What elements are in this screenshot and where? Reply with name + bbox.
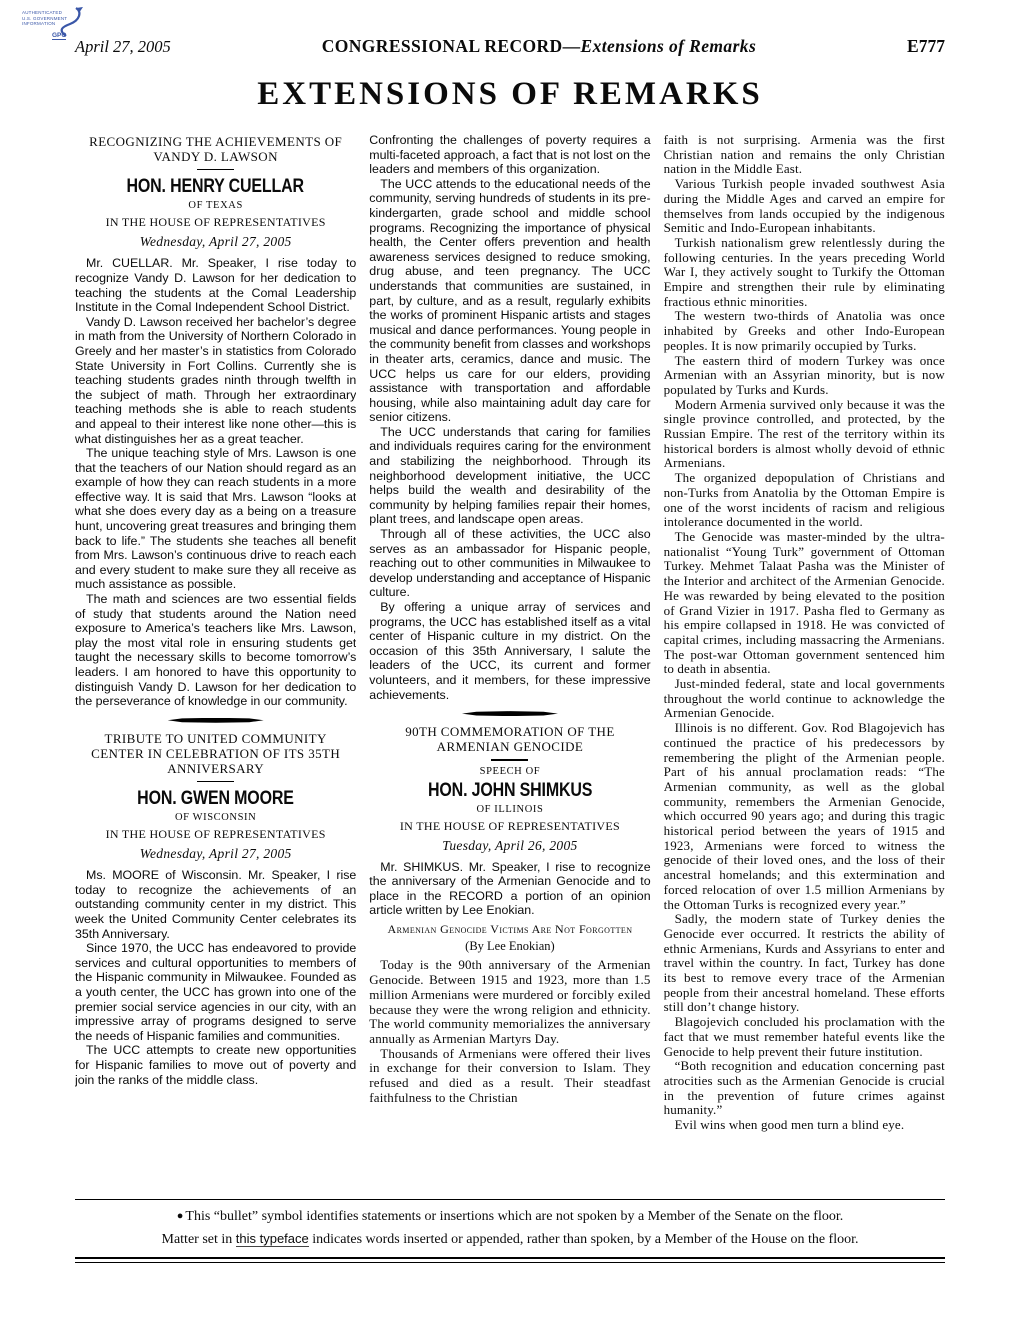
article3-speaker: HON. JOHN SHIMKUS	[428, 779, 592, 802]
paragraph-continuation: Confronting the challenges of poverty re…	[369, 133, 650, 177]
paragraph: The UCC attends to the educational needs…	[369, 177, 650, 425]
column-2: Confronting the challenges of poverty re…	[369, 133, 650, 1189]
paragraph: The UCC attempts to create new opportuni…	[75, 1043, 356, 1087]
journal-separator: —	[563, 36, 581, 56]
footer-bullet-note: ●This “bullet” symbol identifies stateme…	[75, 1209, 945, 1225]
article1-state: OF TEXAS	[75, 200, 356, 211]
paragraph: Through all of these activities, the UCC…	[369, 527, 650, 600]
running-head-date: April 27, 2005	[75, 37, 171, 57]
running-head: April 27, 2005 CONGRESSIONAL RECORD—Exte…	[75, 36, 945, 57]
extract-paragraph: Evil wins when good men turn a blind eye…	[664, 1118, 945, 1133]
journal-name: CONGRESSIONAL RECORD	[322, 36, 563, 56]
extract-paragraph: Various Turkish people invaded southwest…	[664, 177, 945, 236]
paragraph: The unique teaching style of Mrs. Lawson…	[75, 446, 356, 592]
extract-paragraph: Turkish nationalism grew relentlessly du…	[664, 236, 945, 310]
extract-byline: (By Lee Enokian)	[369, 939, 650, 954]
extract-paragraph: The organized depopulation of Christians…	[664, 471, 945, 530]
article3-title: 90TH COMMEMORATION OF THE ARMENIAN GENOC…	[377, 724, 642, 754]
article1-speaker-wrap: HON. HENRY CUELLAR	[75, 175, 356, 198]
article3-chamber: IN THE HOUSE OF REPRESENTATIVES	[369, 819, 650, 834]
bullet-icon: ●	[177, 1210, 184, 1222]
paragraph: The math and sciences are two essential …	[75, 592, 356, 709]
extract-paragraph: The Genocide was master-minded by the ul…	[664, 530, 945, 677]
page-footer: ●This “bullet” symbol identifies stateme…	[75, 1199, 945, 1263]
article2-date: Wednesday, April 27, 2005	[75, 846, 356, 862]
extract-paragraph: Just-minded federal, state and local gov…	[664, 677, 945, 721]
paragraph: Since 1970, the UCC has endeavored to pr…	[75, 941, 356, 1043]
article3-state: OF ILLINOIS	[369, 804, 650, 815]
extract-paragraph: Illinois is no different. Gov. Rod Blago…	[664, 721, 945, 912]
footer-typeface-sample: this typeface	[236, 1231, 309, 1247]
extract-paragraph: Blagojevich concluded his proclamation w…	[664, 1015, 945, 1059]
footer-typeface-pre: Matter set in	[162, 1232, 236, 1247]
paragraph: Mr. SHIMKUS. Mr. Speaker, I rise to reco…	[369, 860, 650, 918]
paragraph: Mr. CUELLAR. Mr. Speaker, I rise today t…	[75, 256, 356, 314]
footer-typeface-note: Matter set in this typeface indicates wo…	[75, 1231, 945, 1248]
footer-bullet-text: This “bullet” symbol identifies statemen…	[185, 1209, 843, 1224]
running-head-title: CONGRESSIONAL RECORD—Extensions of Remar…	[322, 36, 756, 57]
article3-date: Tuesday, April 26, 2005	[369, 838, 650, 854]
heading-rule	[197, 781, 234, 782]
extract-paragraph: Today is the 90th anniversary of the Arm…	[369, 958, 650, 1046]
extract-paragraph: Sadly, the modern state of Turkey denies…	[664, 912, 945, 1015]
article2-state: OF WISCONSIN	[75, 812, 356, 823]
congressional-record-page: AUTHENTICATED U.S. GOVERNMENT INFORMATIO…	[0, 0, 1020, 1320]
masthead-title: EXTENSIONS OF REMARKS	[0, 76, 1020, 113]
extract-paragraph: “Both recognition and education concerni…	[664, 1059, 945, 1118]
paragraph: Vandy D. Lawson received her bachelor’s …	[75, 315, 356, 446]
article2-chamber: IN THE HOUSE OF REPRESENTATIVES	[75, 827, 356, 842]
paragraph: Ms. MOORE of Wisconsin. Mr. Speaker, I r…	[75, 868, 356, 941]
extract-paragraph: Thousands of Armenians were offered thei…	[369, 1047, 650, 1106]
paragraph: The UCC understands that caring for fami…	[369, 425, 650, 527]
column-1: RECOGNIZING THE ACHIEVEMENTS OF VANDY D.…	[75, 133, 356, 1189]
page-number: E777	[907, 36, 945, 57]
article1-date: Wednesday, April 27, 2005	[75, 234, 356, 250]
heading-rule	[197, 169, 234, 170]
article3-speaker-wrap: HON. JOHN SHIMKUS	[369, 779, 650, 802]
extract-subheading: Armenian Genocide Victims Are Not Forgot…	[383, 922, 636, 937]
extract-paragraph: The western two-thirds of Anatolia was o…	[664, 309, 945, 353]
article2-speaker-wrap: HON. GWEN MOORE	[75, 787, 356, 810]
extract-paragraph-continuation: faith is not surprising. Armenia was the…	[664, 133, 945, 177]
extract-paragraph: Modern Armenia survived only because it …	[664, 398, 945, 472]
journal-section: Extensions of Remarks	[581, 36, 757, 56]
text-columns: RECOGNIZING THE ACHIEVEMENTS OF VANDY D.…	[75, 133, 945, 1189]
extract-paragraph: The eastern third of modern Turkey was o…	[664, 354, 945, 398]
heading-rule	[491, 759, 528, 760]
article-divider	[462, 711, 558, 716]
article3-speech-of: SPEECH OF	[369, 766, 650, 777]
footer-bottom-rule	[75, 1257, 945, 1263]
gpo-seal-gpo-label: GPO	[52, 32, 66, 40]
article2-speaker: HON. GWEN MOORE	[137, 787, 294, 810]
article1-speaker: HON. HENRY CUELLAR	[127, 175, 304, 198]
column-3: faith is not surprising. Armenia was the…	[664, 133, 945, 1189]
paragraph: By offering a unique array of services a…	[369, 600, 650, 702]
article2-title: TRIBUTE TO UNITED COMMUNITY CENTER IN CE…	[83, 731, 348, 776]
article1-title: RECOGNIZING THE ACHIEVEMENTS OF VANDY D.…	[83, 134, 348, 164]
footer-typeface-post: indicates words inserted or appended, ra…	[309, 1232, 859, 1247]
article-divider	[168, 718, 264, 723]
article1-chamber: IN THE HOUSE OF REPRESENTATIVES	[75, 215, 356, 230]
